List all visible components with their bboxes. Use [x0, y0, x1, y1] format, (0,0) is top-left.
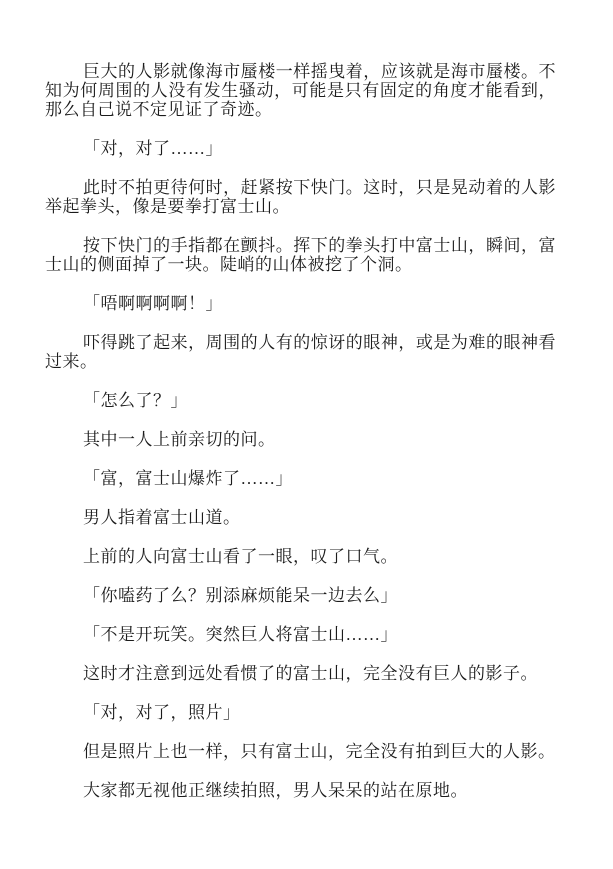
paragraph: 按下快门的手指都在颤抖。挥下的拳头打中富士山，瞬间，富士山的侧面掉了一块。陡峭的…: [45, 236, 556, 274]
paragraph: 这时才注意到远处看惯了的富士山，完全没有巨人的影子。: [45, 664, 556, 683]
paragraph: 巨大的人影就像海市蜃楼一样摇曳着，应该就是海市蜃楼。不知为何周围的人没有发生骚动…: [45, 62, 556, 119]
paragraph: 上前的人向富士山看了一眼，叹了口气。: [45, 547, 556, 566]
paragraph-dialogue: 「不是开玩笑。突然巨人将富士山……」: [45, 625, 556, 644]
paragraph-dialogue: 「对，对了……」: [45, 139, 556, 158]
paragraph: 男人指着富士山道。: [45, 508, 556, 527]
novel-page: 巨大的人影就像海市蜃楼一样摇曳着，应该就是海市蜃楼。不知为何周围的人没有发生骚动…: [0, 0, 613, 869]
paragraph: 其中一人上前亲切的问。: [45, 430, 556, 449]
paragraph-dialogue: 「对，对了，照片」: [45, 703, 556, 722]
paragraph-dialogue: 「唔啊啊啊啊！」: [45, 294, 556, 313]
paragraph: 此时不拍更待何时，赶紧按下快门。这时，只是晃动着的人影举起拳头，像是要拳打富士山…: [45, 178, 556, 216]
paragraph-dialogue: 「你嗑药了么？别添麻烦能呆一边去么」: [45, 586, 556, 605]
paragraph: 吓得跳了起来，周围的人有的惊讶的眼神，或是为难的眼神看过来。: [45, 333, 556, 371]
paragraph-dialogue: 「富，富士山爆炸了……」: [45, 469, 556, 488]
paragraph-dialogue: 「怎么了？」: [45, 391, 556, 410]
paragraph: 大家都无视他正继续拍照，男人呆呆的站在原地。: [45, 781, 556, 800]
paragraph: 但是照片上也一样，只有富士山，完全没有拍到巨大的人影。: [45, 742, 556, 761]
